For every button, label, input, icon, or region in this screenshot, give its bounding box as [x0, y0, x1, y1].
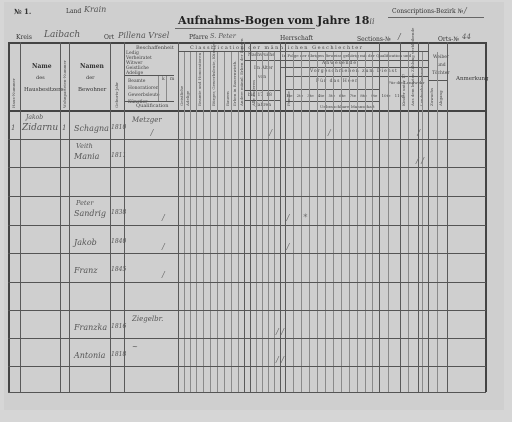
column-line-minor	[203, 52, 204, 392]
row-line	[8, 139, 486, 140]
family-number: 1	[62, 124, 66, 132]
resident-name: Franzka	[74, 323, 107, 332]
column-line-minor	[325, 52, 326, 392]
tick-mark: / /	[276, 327, 284, 336]
classification-col-label: Zuwachs	[429, 56, 434, 106]
status-rows: LedigVerheiratetWitwerGeistlicheAdelige	[126, 51, 152, 76]
birth-year: 1810	[111, 124, 126, 131]
column-line	[418, 42, 419, 392]
form-number: № 1.	[14, 7, 31, 16]
col-family-number: Wohnparteien-Nummer	[62, 70, 67, 108]
column-line	[20, 42, 21, 392]
col-resident-l3: Bewohner	[78, 87, 106, 93]
column-line-minor	[274, 52, 275, 392]
column-line-minor	[268, 52, 269, 392]
resident-name: Schagna	[74, 124, 109, 133]
land-value: Krain	[84, 5, 106, 14]
row-line	[8, 338, 486, 339]
trade-col-k: k	[162, 77, 165, 82]
form-title: Aufnahms-Bogen vom Jahre 18ii	[178, 14, 375, 27]
tick-mark: /	[269, 128, 272, 137]
col-house-number: Haus-Nummer	[11, 80, 16, 108]
kreis-label: Kreis	[16, 34, 32, 41]
column-line	[110, 42, 111, 392]
row-line	[8, 167, 486, 168]
column-line-minor	[317, 52, 318, 392]
ort-label: Ort	[104, 34, 114, 41]
column-line	[69, 42, 70, 392]
sections-value: /	[398, 32, 401, 41]
conscription-label: Conscriptions-Bezirk №	[392, 8, 463, 15]
col-vorgeschrieben: Vorgeschrieben zum Dienst	[310, 69, 398, 74]
row-line	[8, 392, 486, 393]
owner-first-name: Jakob	[26, 114, 43, 121]
column-line-minor	[365, 52, 366, 392]
column-line-minor	[408, 52, 409, 392]
birth-year: 1811	[111, 152, 126, 159]
trade-subcolumn-line	[158, 76, 159, 101]
column-line-minor	[196, 52, 197, 392]
column-line-minor	[357, 52, 358, 392]
col-qualification: Qualification	[136, 103, 168, 109]
classification-col-label: Bauern	[225, 56, 230, 106]
column-line-minor	[333, 52, 334, 392]
classification-col-label: Bürger, Gewerbsleute, Künstler	[211, 56, 216, 106]
column-line	[280, 42, 281, 392]
column-line	[244, 42, 245, 392]
column-line	[379, 42, 380, 392]
classification-col-label: Aus dem letzten Zählung verbleibende	[410, 56, 415, 106]
column-line	[250, 42, 251, 392]
col-birth-year: Geburts-Jahr	[114, 80, 119, 108]
row-line	[8, 196, 486, 197]
column-line-minor	[293, 52, 294, 392]
birth-year: 1818	[111, 351, 126, 358]
pfarre-label: Pfarre	[189, 34, 208, 41]
birth-year: 1816	[111, 323, 126, 330]
trade-subcolumn-line	[166, 76, 167, 101]
classification-col-label: Beamte und Honoratioren	[197, 56, 202, 106]
conscription-underline	[388, 17, 484, 18]
herrschaft-label: Herrschaft	[280, 35, 313, 42]
tick-mark: /	[287, 242, 290, 251]
year-classes: 1te 2te 3te 4te 5te 6te 7te 8te 9te 10te…	[286, 93, 404, 98]
birth-year: 1838	[111, 209, 126, 216]
col-remarks: Anmerkung	[456, 76, 489, 82]
header-bottom-border	[8, 110, 486, 112]
column-line-minor	[231, 52, 232, 392]
resident-name: Mania	[74, 152, 99, 161]
birth-year: 1845	[111, 266, 126, 273]
classification-col-label: Familie	[286, 56, 291, 106]
column-line	[447, 42, 448, 392]
resident-name: Franz	[74, 266, 98, 275]
column-line-minor	[262, 52, 263, 392]
qualification: Ziegelbr.	[132, 315, 163, 323]
column-line-minor	[224, 52, 225, 392]
qualification-divider	[124, 101, 174, 102]
column-line	[428, 42, 429, 392]
column-line-minor	[217, 52, 218, 392]
tick-mark: /	[162, 213, 165, 222]
resident-first-name: Peter	[76, 199, 94, 207]
column-line-minor	[437, 52, 438, 392]
column-line-minor	[422, 52, 423, 392]
column-line	[400, 42, 401, 392]
birth-year: 1840	[111, 238, 126, 245]
conscription-value: /	[464, 6, 467, 15]
col-owner-l3: Hausbesitzers	[24, 87, 64, 93]
row-line	[8, 310, 486, 311]
tick-mark: / /	[276, 355, 284, 364]
column-line-minor	[349, 52, 350, 392]
tick-mark: /	[151, 128, 154, 137]
col-fuer-heer: Für das Heer	[316, 79, 358, 84]
pfarre-value: S. Peter	[210, 32, 236, 40]
column-line	[60, 42, 61, 392]
orts-value: 44	[462, 33, 471, 41]
tick-mark: /	[328, 128, 331, 137]
tick-mark: /	[417, 128, 420, 137]
column-line-minor	[341, 52, 342, 392]
classification-col-label: Kinder unter 17	[401, 56, 406, 106]
trade-col-m: m	[170, 77, 174, 82]
column-line-minor	[256, 52, 257, 392]
column-line-minor	[190, 52, 191, 392]
column-line	[124, 42, 125, 392]
title-underline	[175, 28, 315, 29]
tick-mark: / /	[416, 156, 424, 165]
resident-name: Antonia	[74, 351, 105, 360]
resident-name: Jakob	[74, 238, 97, 247]
classification-col-label: Erben in Bauernwirth.	[232, 56, 237, 106]
tick-mark: /	[287, 213, 290, 222]
col-anwesend: Anwesende	[322, 61, 357, 66]
row-line	[8, 282, 486, 283]
kreis-value: Laibach	[44, 30, 80, 40]
table-left-border	[8, 42, 10, 392]
owner-last-name: Zidarnu	[22, 123, 58, 133]
col-resident-l1: Namen	[80, 63, 104, 70]
column-line	[178, 42, 179, 392]
row-line	[8, 366, 486, 367]
house-number: 1	[11, 124, 15, 132]
col-resident-l2: der	[86, 75, 95, 81]
table-right-border	[485, 42, 487, 392]
qualification: Metzger	[132, 116, 162, 124]
column-line-minor	[210, 52, 211, 392]
col-owner-l2: des	[36, 75, 45, 81]
column-line-minor	[388, 52, 389, 392]
tick-mark: /	[162, 270, 165, 279]
col-owner-l1: Name	[32, 63, 52, 70]
column-line-minor	[309, 52, 310, 392]
tick-mark: *	[303, 213, 307, 222]
column-line-minor	[372, 52, 373, 392]
column-line-minor	[184, 52, 185, 392]
column-line-minor	[238, 52, 239, 392]
classification-col-label: Abgang	[438, 56, 443, 106]
resident-name: Sandrig	[74, 209, 106, 218]
column-line-minor	[301, 52, 302, 392]
invalid-text: Unbrauchbare Mannschaft	[320, 104, 375, 109]
resident-first-name: Veith	[76, 142, 93, 150]
qualification: ~	[132, 343, 138, 351]
ort-value: Pillena Vrsel	[118, 31, 169, 40]
land-label: Land	[66, 8, 81, 15]
row-line	[8, 253, 486, 254]
row-line	[8, 225, 486, 226]
tick-mark: /	[162, 242, 165, 251]
